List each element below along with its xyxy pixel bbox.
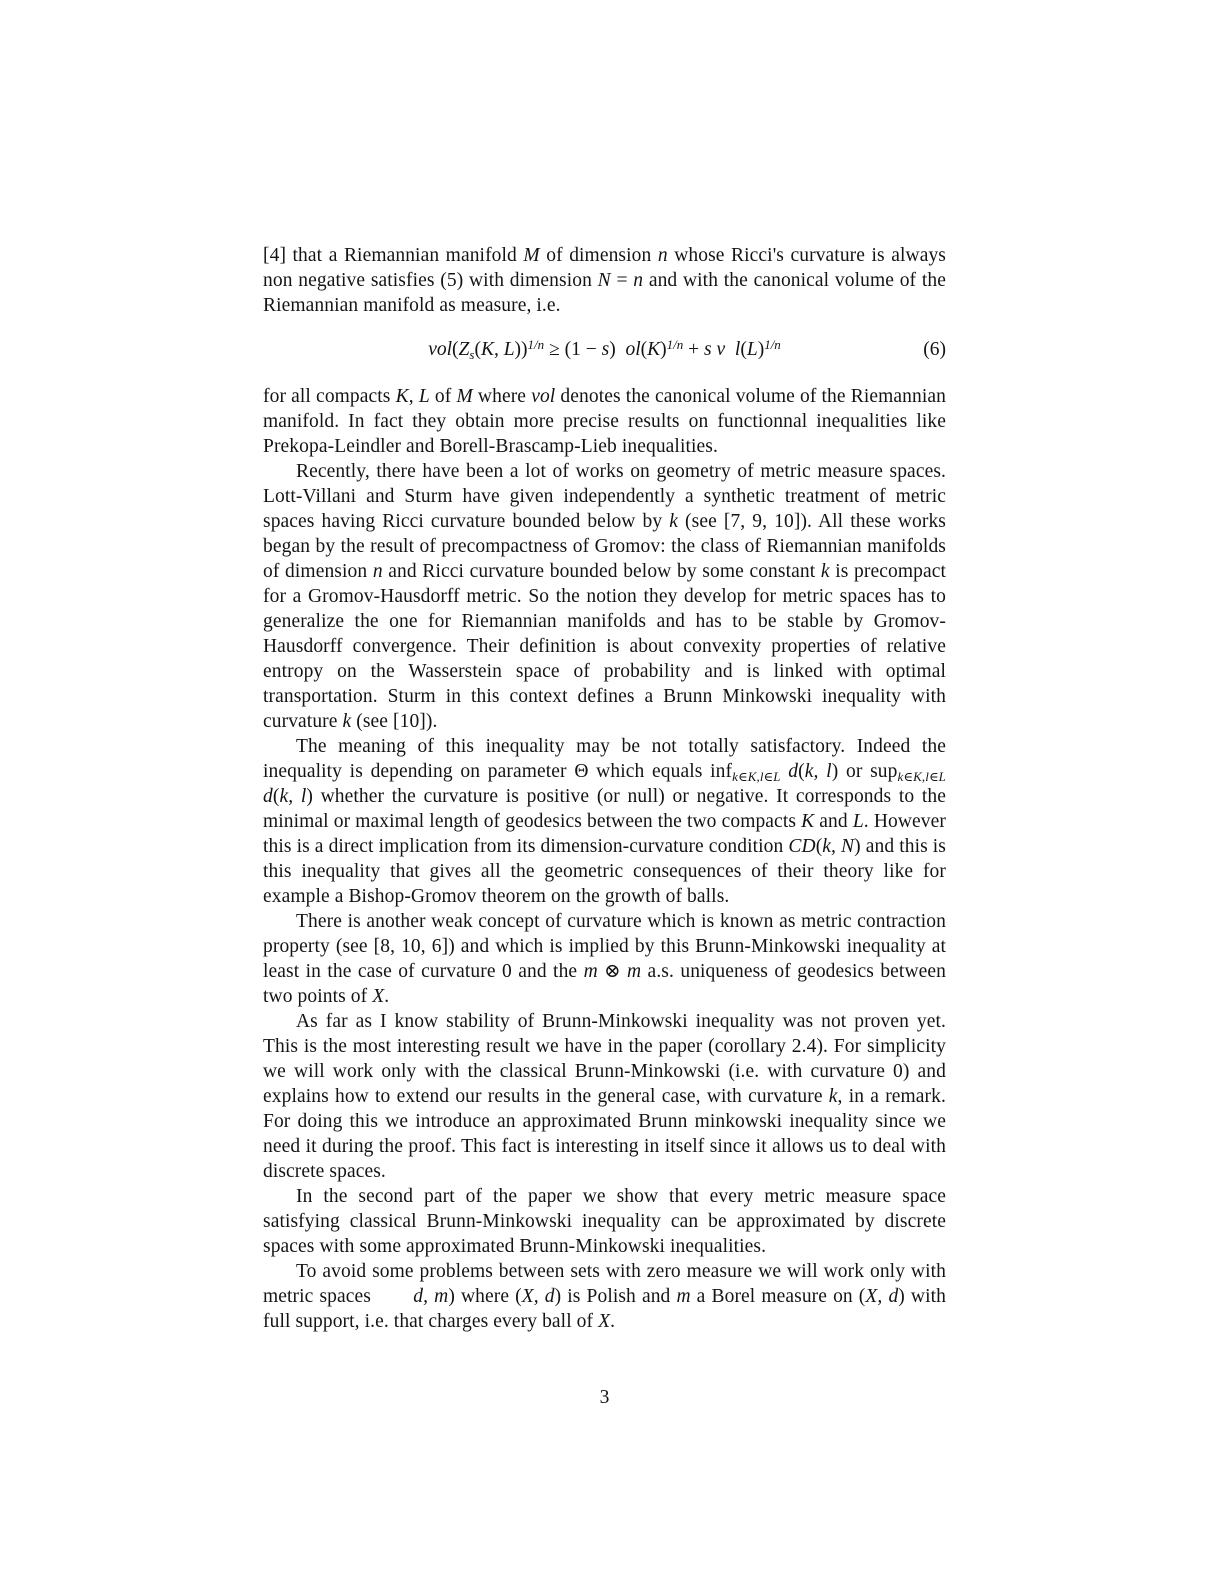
paragraph-6: As far as I know stability of Brunn-Mink… — [263, 1009, 946, 1184]
page-number: 3 — [263, 1387, 946, 1409]
paragraph-1: [4] that a Riemannian manifold M of dime… — [263, 243, 946, 318]
text-column: [4] that a Riemannian manifold M of dime… — [263, 243, 946, 1334]
paragraph-5: There is another weak concept of curvatu… — [263, 909, 946, 1009]
paragraph-3: Recently, there have been a lot of works… — [263, 459, 946, 734]
equation-6-body: vol(Zs(K, L))1/n ≥ (1 − s) ol(K)1/n + s … — [428, 339, 781, 360]
paragraph-7: In the second part of the paper we show … — [263, 1184, 946, 1259]
equation-6-number: (6) — [923, 335, 946, 365]
paragraph-2: for all compacts K, L of M where vol den… — [263, 384, 946, 459]
paragraph-8: To avoid some problems between sets with… — [263, 1259, 946, 1334]
paragraph-4: The meaning of this inequality may be no… — [263, 734, 946, 909]
equation-6: vol(Zs(K, L))1/n ≥ (1 − s) ol(K)1/n + s … — [263, 335, 946, 365]
document-page: [4] that a Riemannian manifold M of dime… — [0, 0, 1225, 1585]
